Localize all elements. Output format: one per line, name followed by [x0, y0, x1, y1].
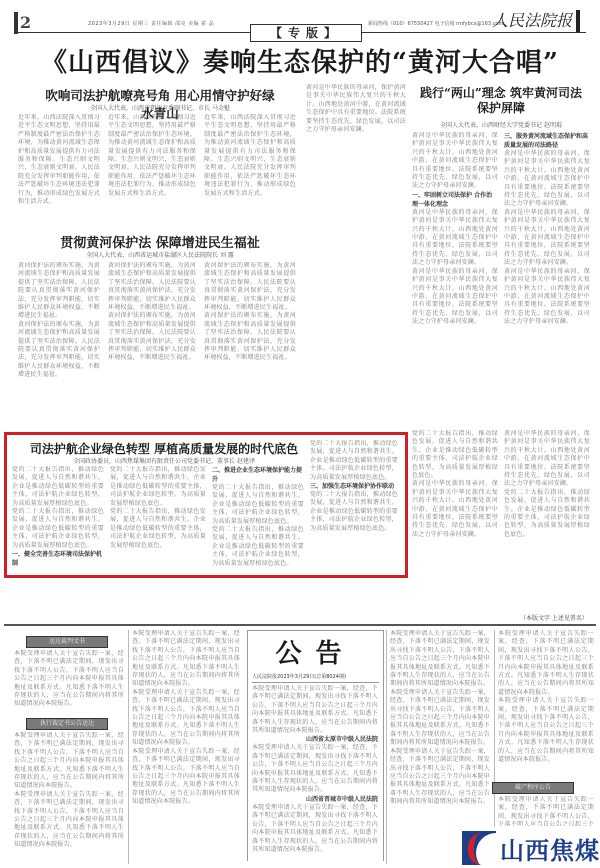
article-1-col-3: 近年来，山西法院深入贯彻习近平生态文明思想，坚持用最严格制度最严密法治保护生态环…: [204, 114, 296, 226]
notice-column-5b: 本院受理申请人关于宣告失踪一案，经查，下落不明已满法定期间，现发出寻找下落不明人…: [498, 796, 594, 826]
article-4-col-3: 二、推进企业生态环境保护能力提升 党的二十大报告指出，推动绿色发展，促进人与自然…: [212, 466, 304, 570]
article-credit: （本版文字 上述见署名）: [520, 613, 588, 622]
article-4-subhead-3: 三、加强生态环境保护协作联动: [310, 482, 398, 491]
article-2-col-left: 黄河是中华民族的母亲河，保护黄河是事关中华民族伟大复兴的千秋大计。山西地处黄河中…: [306, 84, 406, 424]
article-2-col-4: 黄河是中华民族的母亲河，保护黄河是事关中华民族伟大复兴的千秋大计。山西地处黄河中…: [504, 430, 590, 608]
article-4-title: 司法护航企业绿色转型 厚植高质量发展的时代底色: [14, 440, 314, 457]
article-3-col-1: 黄河保护法的颁布实施，为黄河流域生态保护和高质量发展提供了坚实法治保障。人民法院…: [18, 262, 100, 428]
page-number: 2: [14, 12, 40, 34]
logo-text: 山西焦煤: [500, 831, 600, 866]
issue-meta: 2023年3月29日 星期三 责任编辑 邵克 美编 霍 晶: [88, 20, 214, 27]
article-4-subhead-1: 一、健全完善生态环境司法保护机制: [12, 550, 104, 568]
column-rule: [386, 630, 387, 864]
notice-body: 本院受理申请人关于宣告失踪一案，经查，下落不明已满法定期间，现发出寻找下落不明人…: [252, 685, 378, 857]
page-title: 《山西倡议》奏响生态保护的“黄河大合唱”: [0, 42, 600, 79]
article-3-col-3: 黄河保护法的颁布实施，为黄河流域生态保护和高质量发展提供了坚实法治保障。人民法院…: [204, 262, 296, 428]
newspaper-masthead: 人民法院报: [492, 10, 580, 32]
notice-column-2: 本院受理申请人关于宣告失踪一案，经查，下落不明已满法定期间，现发出寻找下落不明人…: [132, 630, 240, 862]
shanxi-coking-coal-logo: 山西焦煤: [460, 827, 600, 868]
article-4-subhead-2: 二、推进企业生态环境保护能力提升: [212, 466, 304, 484]
article-1-col-1: 近年来，山西法院深入贯彻习近平生态文明思想，坚持用最严格制度最严密法治保护生态环…: [18, 114, 100, 226]
notice-date-line: 人民法院报2023年3月29日(总第8024期): [252, 673, 379, 683]
article-2-subhead-1: 一、牢固树立司法保护 合作治理一体化理念: [412, 191, 498, 209]
contact-meta: 新闻热线（010）67550427 电子信箱 rmfybcx@163.com: [368, 20, 503, 27]
article-2-subhead-3: 三、服务黄河流域生态保护和高质量发展的司法路径: [504, 132, 590, 150]
article-1-col-2: 近年来，山西法院深入贯彻习近平生态文明思想，坚持用最严格制度最严密法治保护生态环…: [108, 114, 196, 226]
article-3-byline: 全国人大代表，山西省运城市盐湖区人民法院院长 刘 露: [40, 250, 280, 259]
column-rule: [128, 630, 129, 864]
notice-title: 公告: [248, 633, 383, 670]
article-3-title: 贯彻黄河保护法 保障增进民生福祉: [40, 232, 280, 251]
article-3-col-2: 黄河保护法的颁布实施，为黄河流域生态保护和高质量发展提供了坚实法治保障。人民法院…: [108, 262, 196, 428]
article-2-col-2: 三、服务黄河流域生态保护和高质量发展的司法路径 黄河是中华民族的母亲河，保护黄河…: [504, 132, 590, 427]
notice-section-label-3: 破产程序公告: [492, 782, 574, 794]
notice-signature-2: 山西省晋城市中级人民法院: [252, 795, 378, 804]
article-2-byline: 全国人大代表，山西财经大学党委书记 赵明琨: [416, 120, 586, 129]
section-label: 【专版】: [250, 24, 362, 42]
article-4-col-2: 党的二十大报告指出，推动绿色发展，促进人与自然和谐共生。企业是推动绿色低碳转型的…: [110, 466, 206, 570]
public-notice-box: 公告 人民法院报2023年3月29日(总第8024期) 本院受理申请人关于宣告失…: [247, 630, 384, 861]
article-1-byline: 全国人大代表，山西省朔州市委副书记、市长 马金魁: [40, 103, 280, 112]
notice-section-label-1: 送达裁判文书: [26, 636, 108, 648]
article-2-col-3: 党的二十大报告指出，推动绿色发展，促进人与自然和谐共生。企业是推动绿色低碳转型的…: [412, 430, 498, 620]
notice-column-1b: 本院受理申请人关于宣告失踪一案，经查，下落不明已满法定期间，现发出寻找下落不明人…: [14, 732, 124, 862]
notices-divider: [4, 624, 596, 626]
notice-column-1a: 本院受理申请人关于宣告失踪一案，经查，下落不明已满法定期间，现发出寻找下落不明人…: [14, 650, 124, 716]
article-2-title: 践行“两山”理念 筑牢黄河司法保护屏障: [416, 86, 586, 116]
notice-column-4: 本院受理申请人关于宣告失踪一案，经查，下落不明已满法定期间，现发出寻找下落不明人…: [390, 630, 490, 826]
article-4-col-4: 党的二十大报告指出，推动绿色发展，促进人与自然和谐共生。企业是推动绿色低碳转型的…: [310, 440, 398, 570]
logo-swoosh-icon: [468, 833, 488, 865]
notice-column-5: 本院受理申请人关于宣告失踪一案，经查，下落不明已满法定期间，现发出寻找下落不明人…: [498, 630, 594, 780]
notice-section-label-2: 执行裁定书公告送达: [26, 718, 108, 730]
article-4-byline: 全国政协委员，山西焦煤集团有限责任公司党委书记、董事长 赵建泽: [14, 456, 314, 465]
article-2-col-1: 黄河是中华民族的母亲河，保护黄河是事关中华民族伟大复兴的千秋大计。山西地处黄河中…: [412, 132, 498, 427]
article-4-col-1: 党的二十大报告指出，推动绿色发展，促进人与自然和谐共生。企业是推动绿色低碳转型的…: [12, 466, 104, 570]
